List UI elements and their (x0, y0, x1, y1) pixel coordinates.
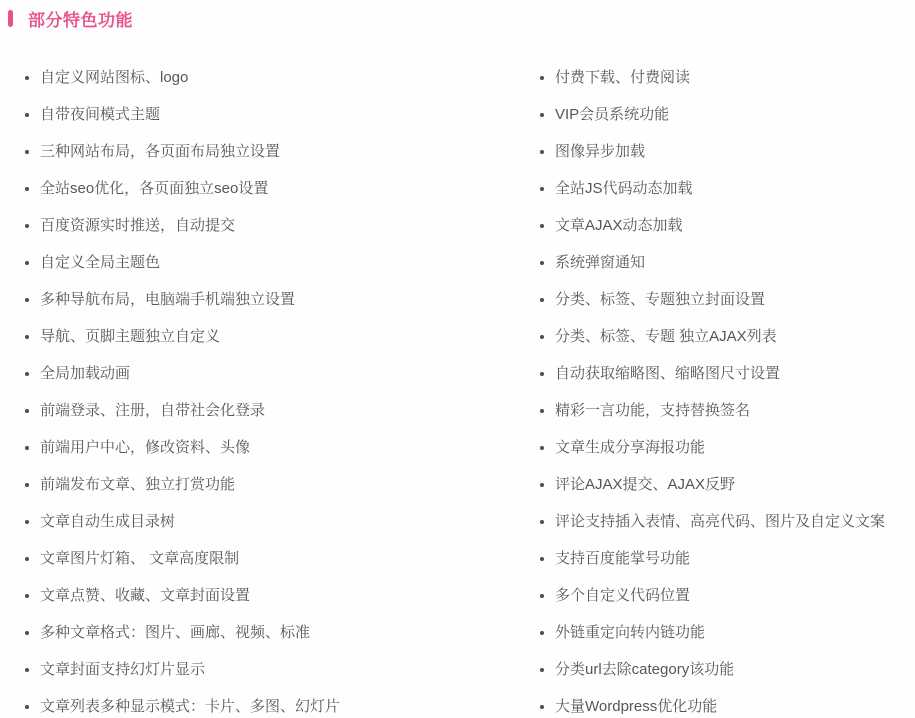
list-item: 文章自动生成目录树 (0, 503, 515, 540)
feature-text: 全站JS代码动态加载 (555, 181, 693, 196)
bullet-icon (540, 76, 544, 80)
bullet-icon (540, 446, 544, 450)
bullet-icon (540, 224, 544, 228)
list-item: 文章封面支持幻灯片显示 (0, 651, 515, 688)
feature-text: 付费下载、付费阅读 (555, 70, 690, 85)
list-item: 全站JS代码动态加载 (515, 170, 915, 207)
features-list-right: 付费下载、付费阅读VIP会员系统功能图像异步加载全站JS代码动态加载文章AJAX… (515, 59, 915, 718)
list-item: 导航、页脚主题独立自定义 (0, 318, 515, 355)
bullet-icon (25, 150, 29, 154)
list-item: VIP会员系统功能 (515, 96, 915, 133)
bullet-icon (540, 631, 544, 635)
section-header: 部分特色功能 (0, 0, 915, 27)
feature-text: 全站seo优化，各页面独立seo设置 (40, 181, 268, 196)
list-item: 文章列表多种显示模式：卡片、多图、幻灯片 (0, 688, 515, 718)
list-item: 付费下载、付费阅读 (515, 59, 915, 96)
list-item: 评论AJAX提交、AJAX反野 (515, 466, 915, 503)
feature-text: 前端登录、注册，自带社会化登录 (40, 403, 265, 418)
list-item: 自带夜间模式主题 (0, 96, 515, 133)
bullet-icon (540, 298, 544, 302)
list-item: 文章AJAX动态加载 (515, 207, 915, 244)
feature-text: 分类、标签、专题 独立AJAX列表 (555, 329, 777, 344)
feature-text: 导航、页脚主题独立自定义 (40, 329, 220, 344)
bullet-icon (540, 372, 544, 376)
feature-text: 分类、标签、专题独立封面设置 (555, 292, 765, 307)
feature-text: 自定义网站图标、logo (40, 70, 188, 85)
list-item: 自动获取缩略图、缩略图尺寸设置 (515, 355, 915, 392)
feature-text: 文章自动生成目录树 (40, 514, 175, 529)
feature-text: 三种网站布局，各页面布局独立设置 (40, 144, 280, 159)
feature-columns: 自定义网站图标、logo自带夜间模式主题三种网站布局，各页面布局独立设置全站se… (0, 59, 915, 718)
list-item: 多个自定义代码位置 (515, 577, 915, 614)
list-item: 全局加载动画 (0, 355, 515, 392)
list-item: 支持百度能掌号功能 (515, 540, 915, 577)
bullet-icon (540, 594, 544, 598)
bullet-icon (25, 372, 29, 376)
list-item: 文章图片灯箱、 文章高度限制 (0, 540, 515, 577)
feature-text: 多种文章格式：图片、画廊、视频、标准 (40, 625, 310, 640)
list-item: 精彩一言功能，支持替换签名 (515, 392, 915, 429)
feature-text: 多种导航布局，电脑端手机端独立设置 (40, 292, 295, 307)
feature-text: 百度资源实时推送，自动提交 (40, 218, 235, 233)
bullet-icon (25, 224, 29, 228)
feature-text: 前端发布文章、独立打赏功能 (40, 477, 235, 492)
bullet-icon (540, 335, 544, 339)
list-item: 分类、标签、专题独立封面设置 (515, 281, 915, 318)
bullet-icon (540, 668, 544, 672)
feature-text: 文章封面支持幻灯片显示 (40, 662, 205, 677)
bullet-icon (25, 409, 29, 413)
list-item: 文章点赞、收藏、文章封面设置 (0, 577, 515, 614)
bullet-icon (540, 557, 544, 561)
bullet-icon (540, 187, 544, 191)
list-item: 三种网站布局，各页面布局独立设置 (0, 133, 515, 170)
features-list-left: 自定义网站图标、logo自带夜间模式主题三种网站布局，各页面布局独立设置全站se… (0, 59, 515, 718)
list-item: 多种导航布局，电脑端手机端独立设置 (0, 281, 515, 318)
bullet-icon (25, 446, 29, 450)
feature-text: 文章AJAX动态加载 (555, 218, 683, 233)
bullet-icon (540, 409, 544, 413)
bullet-icon (25, 298, 29, 302)
list-item: 评论支持插入表情、高亮代码、图片及自定义文案 (515, 503, 915, 540)
bullet-icon (25, 594, 29, 598)
bullet-icon (540, 113, 544, 117)
bullet-icon (25, 187, 29, 191)
bullet-icon (25, 668, 29, 672)
bullet-icon (540, 261, 544, 265)
feature-text: 自定义全局主题色 (40, 255, 160, 270)
bullet-icon (540, 520, 544, 524)
accent-bar-icon (8, 10, 13, 27)
feature-text: 图像异步加载 (555, 144, 645, 159)
feature-text: 大量Wordpress优化功能 (555, 699, 717, 714)
feature-text: 评论支持插入表情、高亮代码、图片及自定义文案 (555, 514, 885, 529)
list-item: 大量Wordpress优化功能 (515, 688, 915, 718)
list-item: 多种文章格式：图片、画廊、视频、标准 (0, 614, 515, 651)
feature-text: 文章图片灯箱、 文章高度限制 (40, 551, 239, 566)
bullet-icon (540, 705, 544, 709)
bullet-icon (25, 557, 29, 561)
feature-text: 支持百度能掌号功能 (555, 551, 690, 566)
list-item: 百度资源实时推送，自动提交 (0, 207, 515, 244)
list-item: 前端发布文章、独立打赏功能 (0, 466, 515, 503)
list-item: 分类url去除category该功能 (515, 651, 915, 688)
feature-text: 自动获取缩略图、缩略图尺寸设置 (555, 366, 780, 381)
bullet-icon (540, 483, 544, 487)
bullet-icon (25, 261, 29, 265)
feature-text: 精彩一言功能，支持替换签名 (555, 403, 750, 418)
feature-text: 文章生成分享海报功能 (555, 440, 705, 455)
bullet-icon (25, 705, 29, 709)
list-item: 全站seo优化，各页面独立seo设置 (0, 170, 515, 207)
feature-text: VIP会员系统功能 (555, 107, 669, 122)
list-item: 图像异步加载 (515, 133, 915, 170)
page-title: 部分特色功能 (28, 6, 133, 31)
list-item: 前端登录、注册，自带社会化登录 (0, 392, 515, 429)
list-item: 外链重定向转内链功能 (515, 614, 915, 651)
bullet-icon (25, 113, 29, 117)
feature-text: 文章列表多种显示模式：卡片、多图、幻灯片 (40, 699, 340, 714)
feature-text: 全局加载动画 (40, 366, 130, 381)
feature-text: 前端用户中心，修改资料、头像 (40, 440, 250, 455)
feature-text: 自带夜间模式主题 (40, 107, 160, 122)
bullet-icon (25, 631, 29, 635)
bullet-icon (25, 483, 29, 487)
list-item: 自定义网站图标、logo (0, 59, 515, 96)
bullet-icon (25, 335, 29, 339)
feature-text: 多个自定义代码位置 (555, 588, 690, 603)
list-item: 分类、标签、专题 独立AJAX列表 (515, 318, 915, 355)
features-section: 部分特色功能 自定义网站图标、logo自带夜间模式主题三种网站布局，各页面布局独… (0, 0, 915, 718)
feature-text: 外链重定向转内链功能 (555, 625, 705, 640)
feature-text: 评论AJAX提交、AJAX反野 (555, 477, 735, 492)
bullet-icon (25, 520, 29, 524)
list-item: 系统弹窗通知 (515, 244, 915, 281)
feature-text: 分类url去除category该功能 (555, 662, 734, 677)
bullet-icon (540, 150, 544, 154)
feature-text: 系统弹窗通知 (555, 255, 645, 270)
list-item: 前端用户中心，修改资料、头像 (0, 429, 515, 466)
list-item: 自定义全局主题色 (0, 244, 515, 281)
list-item: 文章生成分享海报功能 (515, 429, 915, 466)
feature-text: 文章点赞、收藏、文章封面设置 (40, 588, 250, 603)
bullet-icon (25, 76, 29, 80)
